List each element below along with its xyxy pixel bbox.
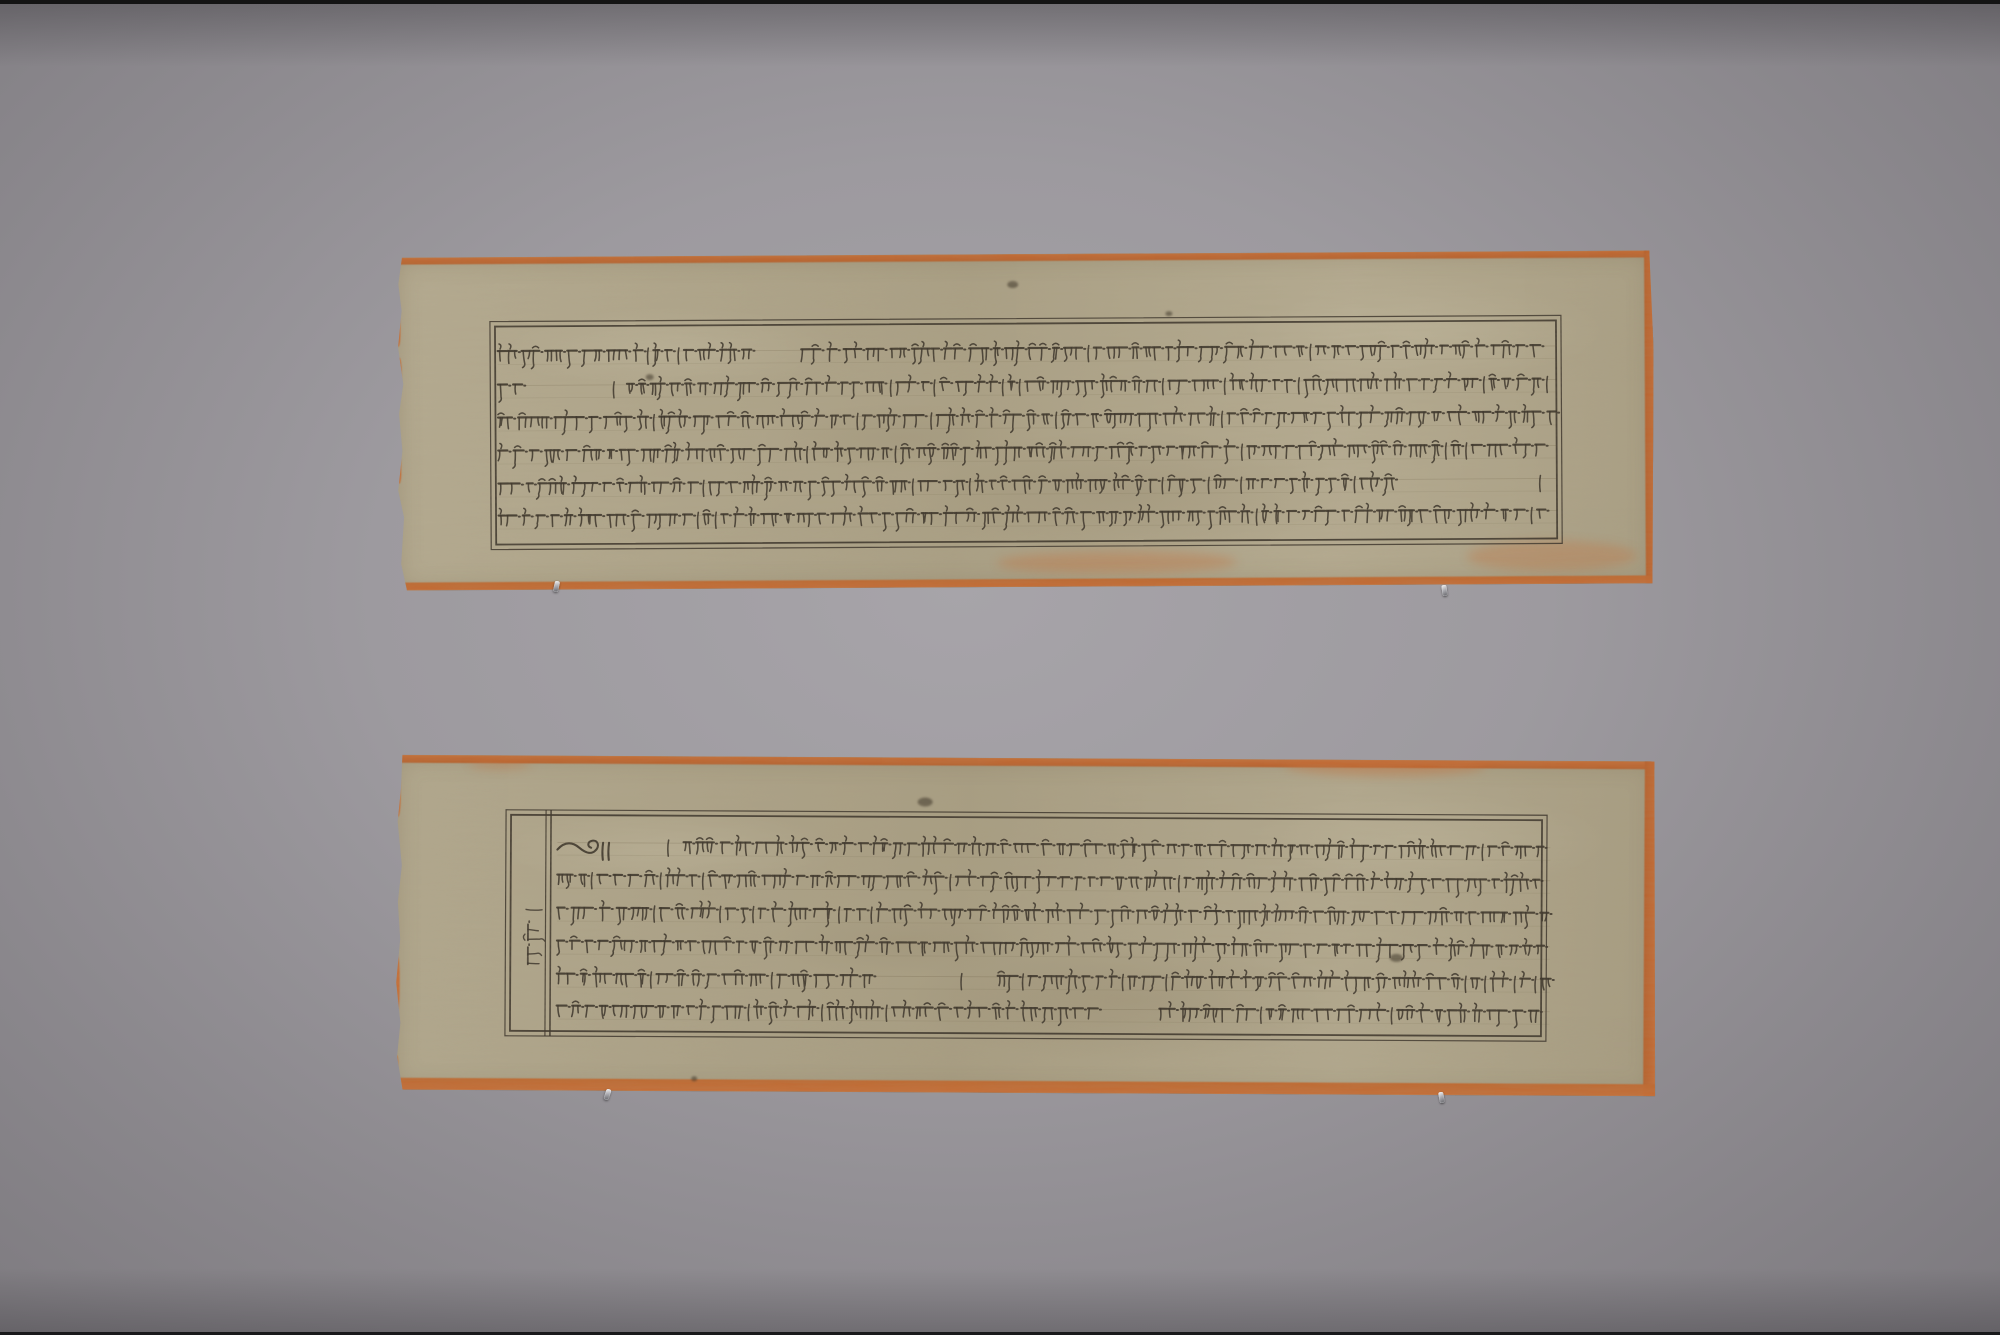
top-matte-strip — [0, 0, 2000, 4]
paper-fiber-texture — [393, 755, 1657, 1097]
text-block-svg — [393, 755, 1657, 1097]
photo-backdrop: Photograph of two oblong folios from a T… — [0, 0, 2000, 1335]
upper-folio — [395, 250, 1655, 590]
push-pin — [1441, 585, 1447, 597]
push-pin — [553, 581, 560, 593]
lower-folio — [393, 755, 1657, 1097]
text-block-svg — [395, 250, 1655, 590]
paper-fiber-texture — [395, 250, 1655, 590]
